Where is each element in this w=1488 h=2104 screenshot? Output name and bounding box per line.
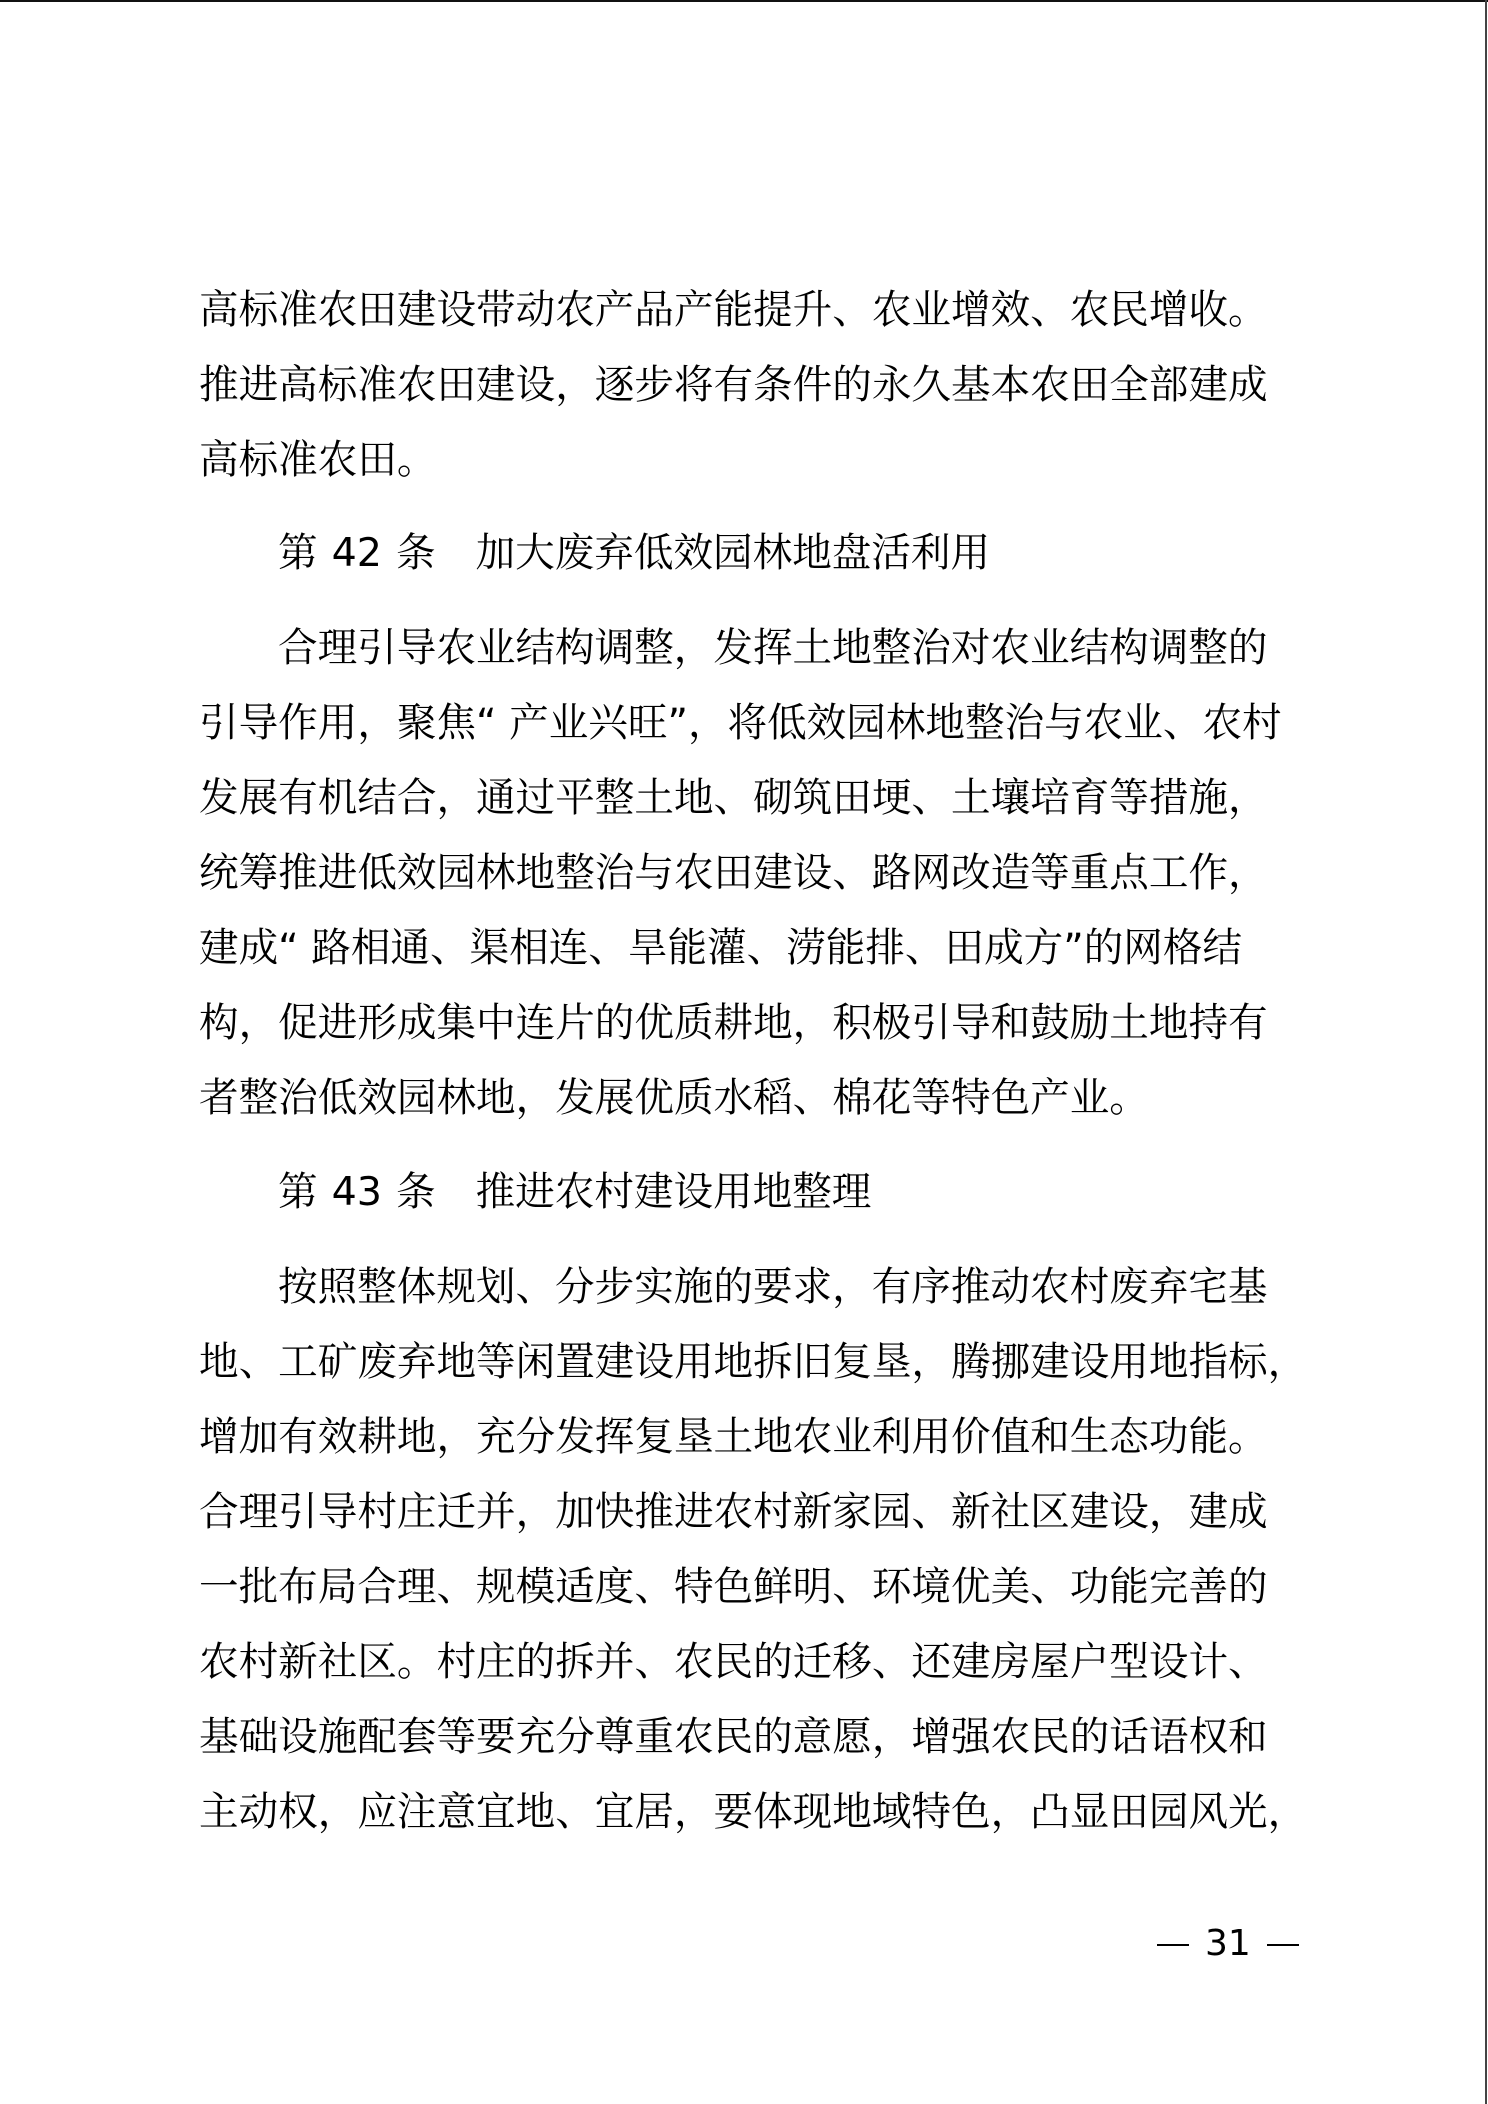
paragraph-line: 主动权，应注意宜地、宜居，要体现地域特色，凸显田园风光， bbox=[199, 1788, 1314, 1836]
paragraph-line: 地、工矿废弃地等闲置建设用地拆旧复垦，腾挪建设用地指标， bbox=[199, 1338, 1314, 1386]
paragraph-line: 高标准农田建设带动农产品产能提升、农业增效、农民增收。 bbox=[199, 286, 1314, 334]
article-label-suffix: 条 bbox=[396, 530, 436, 576]
paragraph-line: 引导作用，聚焦“ 产业兴旺”，将低效园林地整治与农业、农村 bbox=[199, 699, 1314, 747]
article-number: 43 bbox=[318, 1169, 396, 1215]
paragraph-line: 发展有机结合，通过平整土地、砌筑田埂、土壤培育等措施， bbox=[199, 774, 1314, 822]
paragraph-line: 农村新社区。村庄的拆并、农民的迁移、还建房屋户型设计、 bbox=[199, 1638, 1314, 1686]
dash-right bbox=[1267, 1944, 1299, 1946]
paragraph-line: 统筹推进低效园林地整治与农田建设、路网改造等重点工作， bbox=[199, 849, 1314, 897]
paragraph-line: 者整治低效园林地，发展优质水稻、棉花等特色产业。 bbox=[199, 1074, 1314, 1122]
article-label-prefix: 第 bbox=[278, 1169, 318, 1215]
paragraph-line: 一批布局合理、规模适度、特色鲜明、环境优美、功能完善的 bbox=[199, 1563, 1314, 1611]
paragraph-line: 合理引导农业结构调整，发挥土地整治对农业结构调整的 bbox=[278, 624, 1393, 672]
article-title: 加大废弃低效园林地盘活利用 bbox=[436, 530, 991, 576]
paragraph-line: 合理引导村庄迁并，加快推进农村新家园、新社区建设，建成 bbox=[199, 1488, 1314, 1536]
paragraph-line: 基础设施配套等要充分尊重农民的意愿，增强农民的话语权和 bbox=[199, 1713, 1314, 1761]
dash-left bbox=[1157, 1944, 1189, 1946]
paragraph-line: 按照整体规划、分步实施的要求，有序推动农村废弃宅基 bbox=[278, 1263, 1393, 1311]
article-heading-42: 第42条加大废弃低效园林地盘活利用 bbox=[278, 529, 1393, 577]
article-heading-43: 第43条推进农村建设用地整理 bbox=[278, 1168, 1393, 1216]
article-label-suffix: 条 bbox=[396, 1169, 436, 1215]
article-label-prefix: 第 bbox=[278, 530, 318, 576]
paragraph-line: 增加有效耕地，充分发挥复垦土地农业利用价值和生态功能。 bbox=[199, 1413, 1314, 1461]
paragraph-line: 构，促进形成集中连片的优质耕地，积极引导和鼓励土地持有 bbox=[199, 999, 1314, 1047]
page-number: 31 bbox=[1157, 1920, 1299, 1968]
paragraph-line: 高标准农田。 bbox=[199, 436, 1314, 484]
paragraph-line: 推进高标准农田建设，逐步将有条件的永久基本农田全部建成 bbox=[199, 361, 1314, 409]
paragraph-line: 建成“ 路相通、渠相连、旱能灌、涝能排、田成方”的网格结 bbox=[199, 924, 1314, 972]
page-border-right bbox=[1485, 0, 1487, 2104]
article-title: 推进农村建设用地整理 bbox=[436, 1169, 872, 1215]
page-number-value: 31 bbox=[1189, 1923, 1267, 1964]
article-number: 42 bbox=[318, 530, 396, 576]
page-border-top bbox=[0, 0, 1488, 2]
